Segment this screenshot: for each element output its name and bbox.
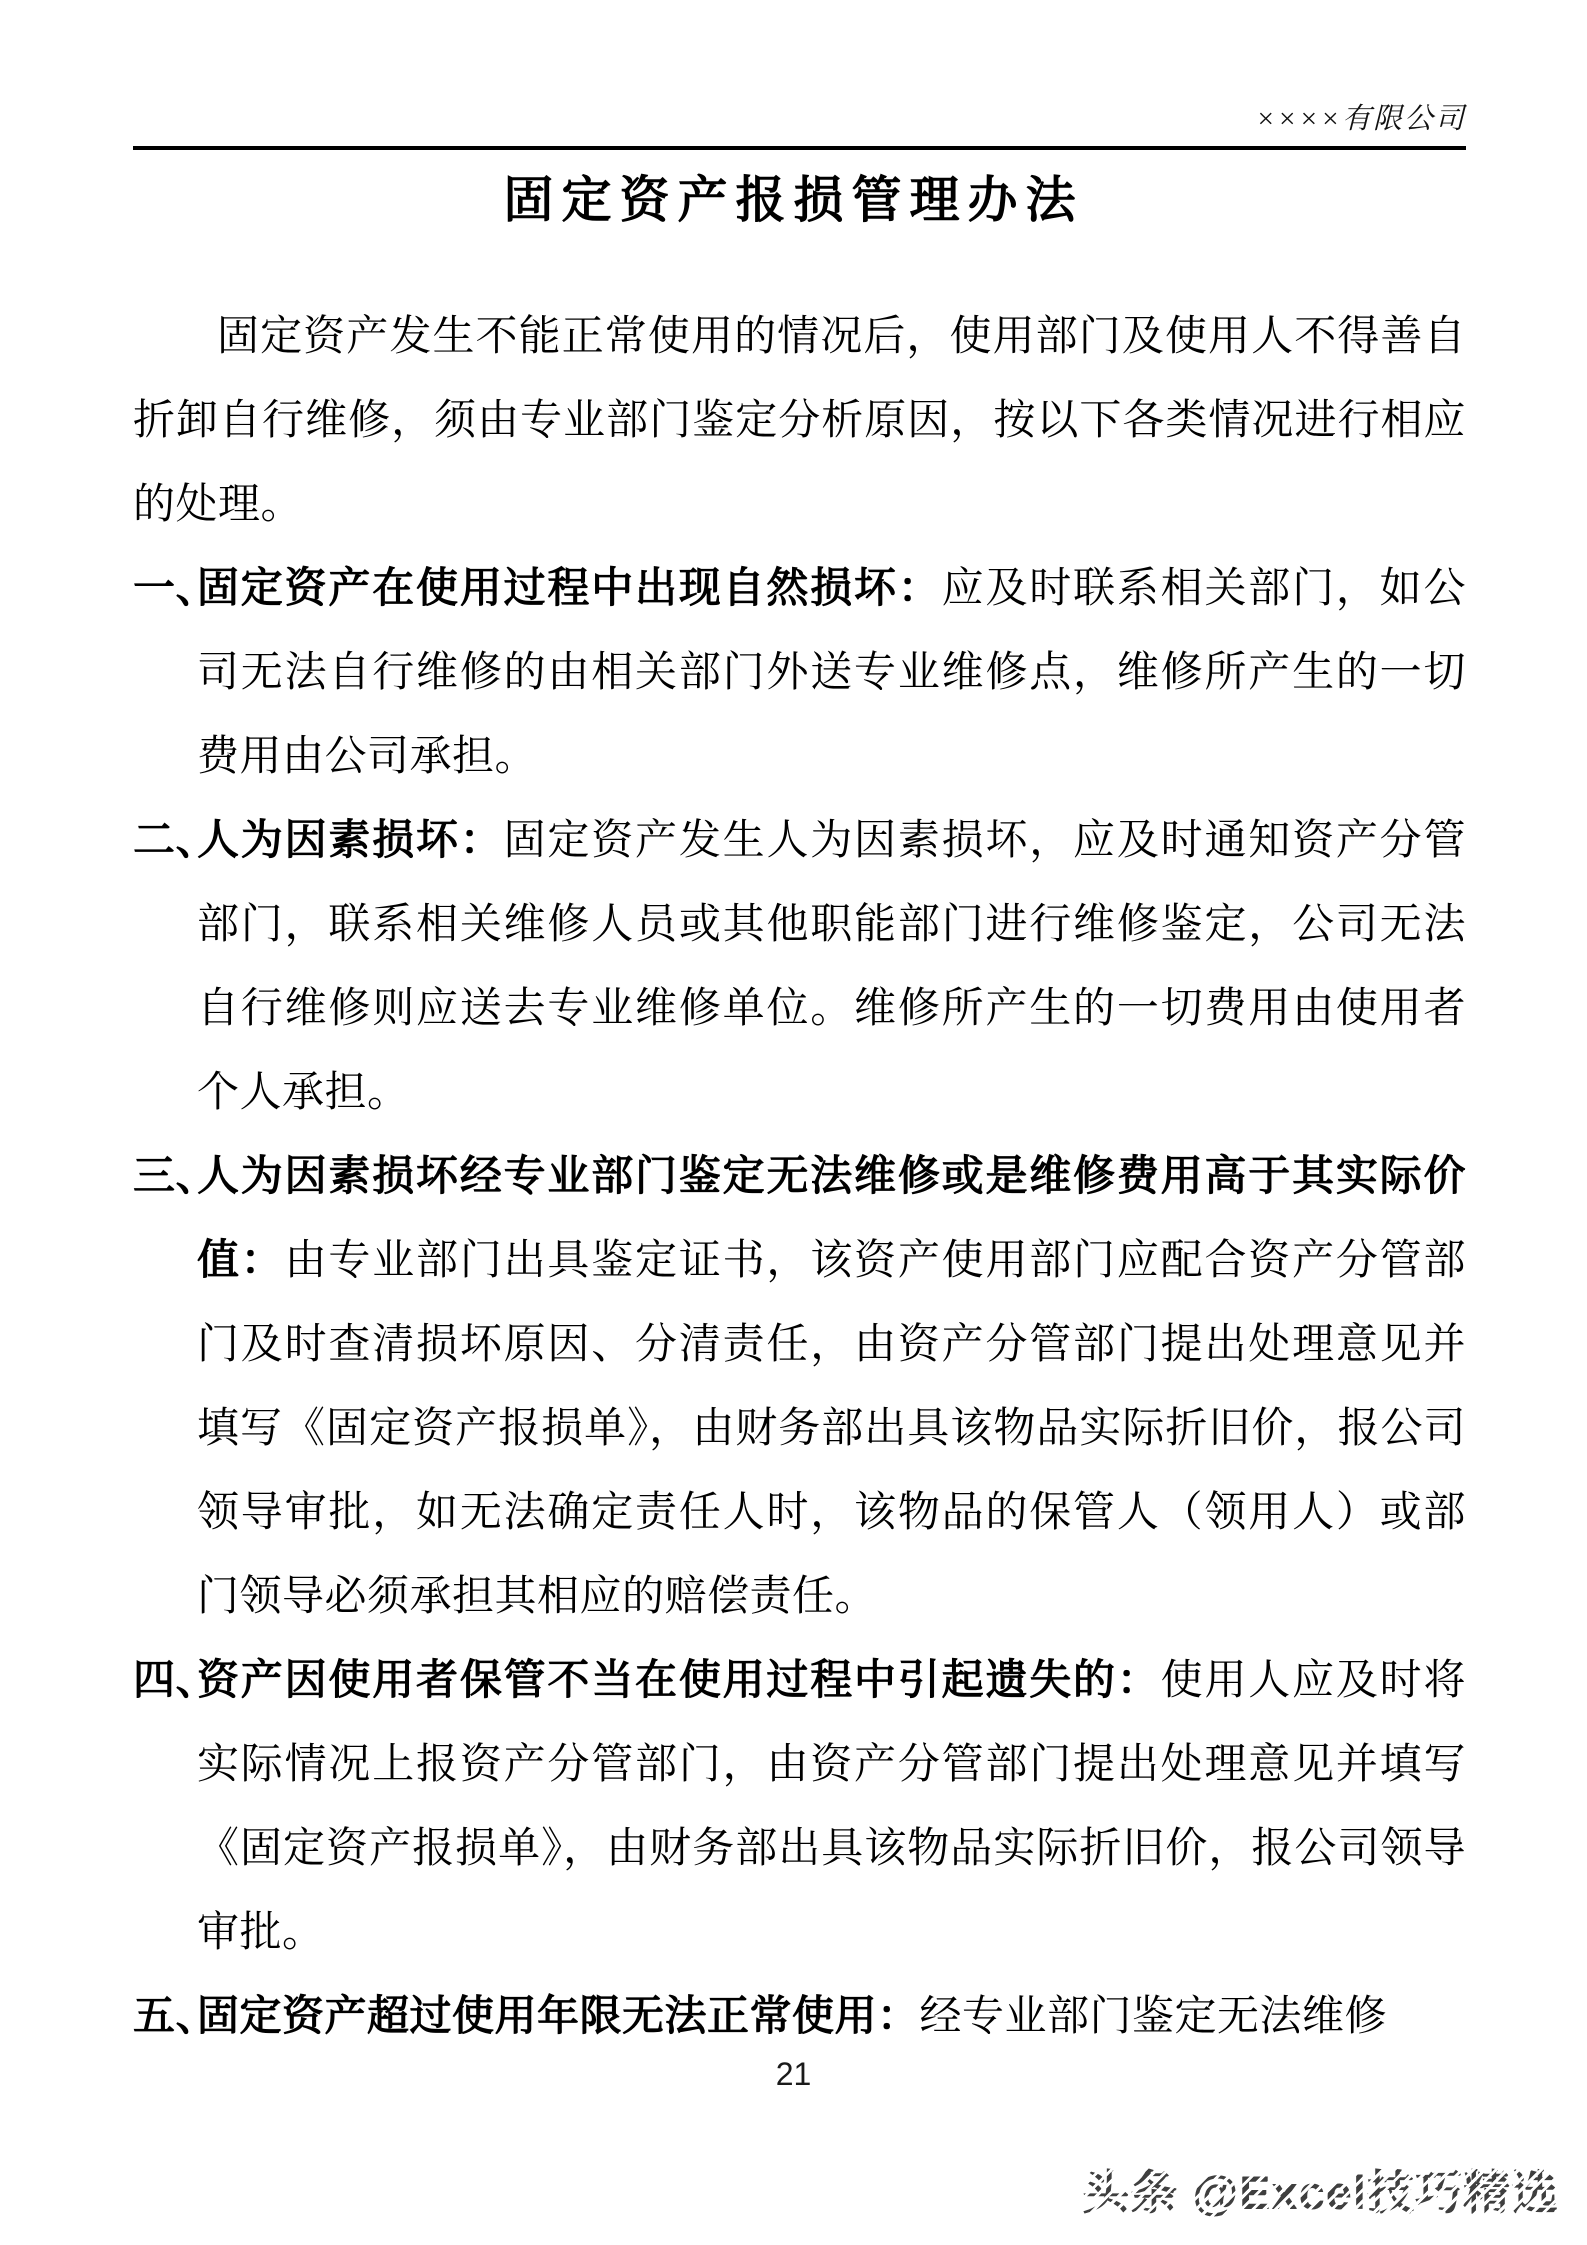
item-text: 人为因素损坏：固定资产发生人为因素损坏，应及时通知资产分管部门，联系相关维修人员… bbox=[197, 799, 1466, 1135]
item-marker: 二、 bbox=[133, 799, 218, 883]
item-marker: 一、 bbox=[133, 547, 218, 631]
document-title: 固定资产报损管理办法 bbox=[0, 160, 1587, 232]
header-rule bbox=[133, 146, 1466, 150]
page-number: 21 bbox=[0, 2056, 1587, 2093]
item-text: 人为因素损坏经专业部门鉴定无法维修或是维修费用高于其实际价值：由专业部门出具鉴定… bbox=[197, 1135, 1466, 1639]
header-company-name: ××××有限公司 bbox=[1256, 96, 1466, 137]
list-item: 一、固定资产在使用过程中出现自然损坏：应及时联系相关部门，如公司无法自行维修的由… bbox=[133, 547, 1466, 799]
list-item: 五、固定资产超过使用年限无法正常使用：经专业部门鉴定无法维修 bbox=[133, 1975, 1466, 2059]
item-text: 资产因使用者保管不当在使用过程中引起遗失的：使用人应及时将实际情况上报资产分管部… bbox=[197, 1639, 1466, 1975]
item-marker: 五、 bbox=[133, 1975, 218, 2059]
item-body: 由专业部门出具鉴定证书，该资产使用部门应配合资产分管部门及时查清损坏原因、分清责… bbox=[197, 1238, 1466, 1620]
intro-paragraph: 固定资产发生不能正常使用的情况后，使用部门及使用人不得善自折卸自行维修，须由专业… bbox=[133, 295, 1466, 547]
list-item: 二、人为因素损坏：固定资产发生人为因素损坏，应及时通知资产分管部门，联系相关维修… bbox=[133, 799, 1466, 1135]
numbered-list: 一、固定资产在使用过程中出现自然损坏：应及时联系相关部门，如公司无法自行维修的由… bbox=[133, 547, 1466, 2059]
document-page: ××××有限公司 固定资产报损管理办法 固定资产发生不能正常使用的情况后，使用部… bbox=[0, 0, 1587, 2245]
item-marker: 四、 bbox=[133, 1639, 218, 1723]
item-lead: 人为因素损坏： bbox=[197, 818, 504, 864]
list-item: 三、人为因素损坏经专业部门鉴定无法维修或是维修费用高于其实际价值：由专业部门出具… bbox=[133, 1135, 1466, 1639]
watermark: 头条 @Excel技巧精选 bbox=[1082, 2156, 1559, 2223]
list-item: 四、资产因使用者保管不当在使用过程中引起遗失的：使用人应及时将实际情况上报资产分… bbox=[133, 1639, 1466, 1975]
item-text: 固定资产在使用过程中出现自然损坏：应及时联系相关部门，如公司无法自行维修的由相关… bbox=[197, 547, 1466, 799]
item-body: 经专业部门鉴定无法维修 bbox=[920, 1994, 1388, 2040]
item-marker: 三、 bbox=[133, 1135, 218, 1219]
item-lead: 资产因使用者保管不当在使用过程中引起遗失的： bbox=[197, 1658, 1161, 1704]
item-text: 固定资产超过使用年限无法正常使用：经专业部门鉴定无法维修 bbox=[197, 1975, 1466, 2059]
document-body: 固定资产发生不能正常使用的情况后，使用部门及使用人不得善自折卸自行维修，须由专业… bbox=[133, 295, 1466, 2059]
item-lead: 固定资产在使用过程中出现自然损坏： bbox=[197, 566, 942, 612]
item-lead: 固定资产超过使用年限无法正常使用： bbox=[197, 1994, 920, 2040]
